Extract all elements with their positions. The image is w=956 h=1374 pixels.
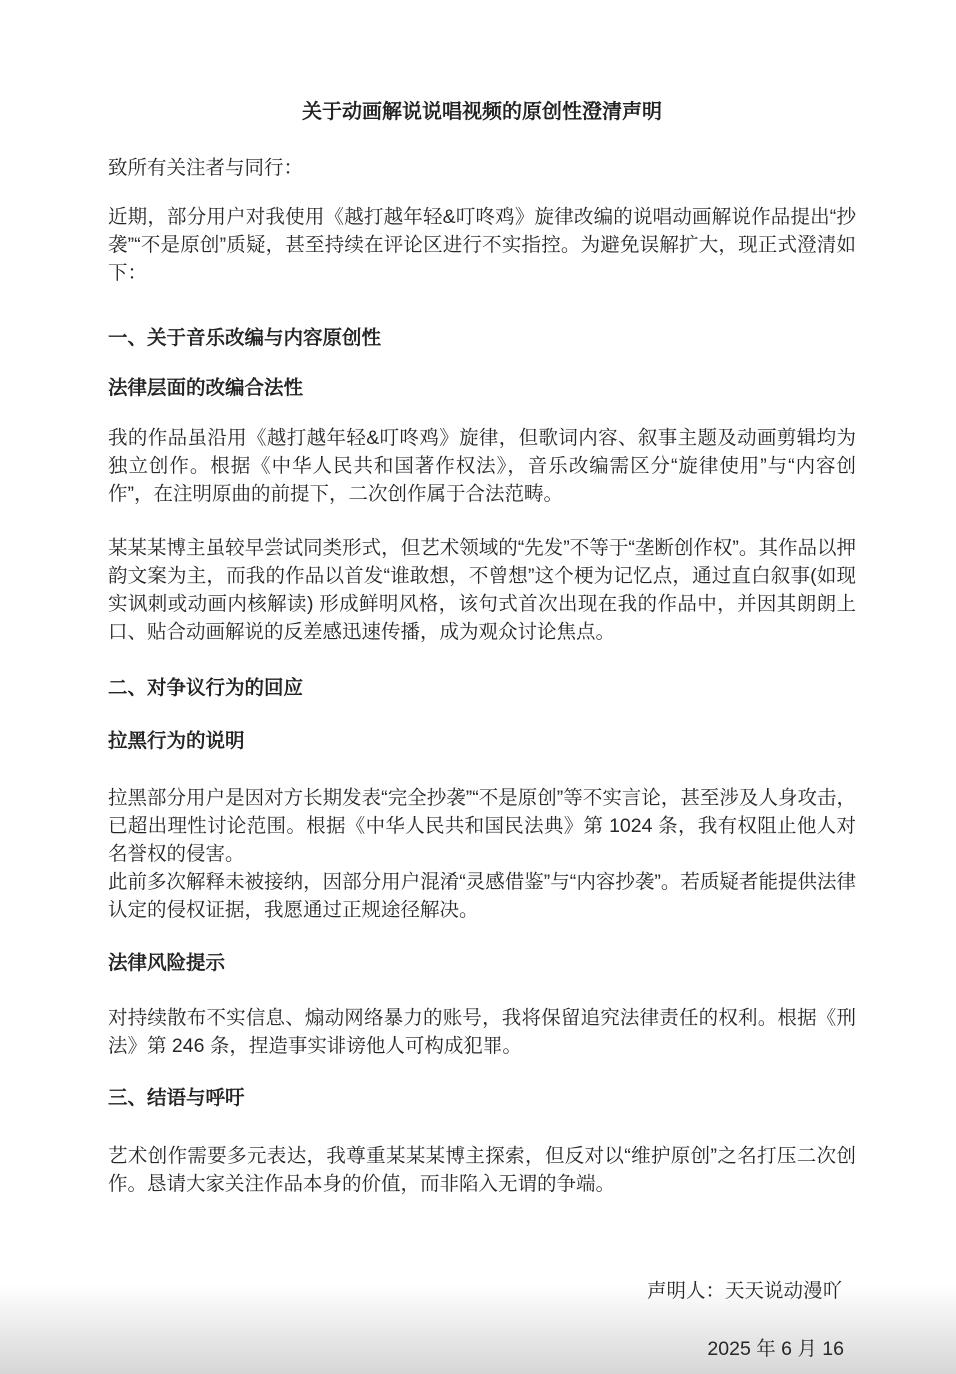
section-2-subheading-1: 拉黑行为的说明: [108, 727, 856, 755]
section-2-paragraph-1: 拉黑部分用户是因对方长期发表“完全抄袭”“不是原创”等不实言论，甚至涉及人身攻击…: [108, 784, 856, 924]
section-1-paragraph-2: 某某某博主虽较早尝试同类形式，但艺术领域的“先发”不等于“垄断创作权”。其作品以…: [108, 534, 856, 646]
intro-paragraph: 近期，部分用户对我使用《越打越年轻&叮咚鸡》旋律改编的说唱动画解说作品提出“抄袭…: [108, 203, 856, 287]
section-3-heading: 三、结语与呼吁: [108, 1084, 856, 1112]
section-1-subheading: 法律层面的改编合法性: [108, 374, 856, 402]
signer-name: 声明人：天天说动漫吖: [108, 1277, 856, 1305]
section-2-subheading-2: 法律风险提示: [108, 949, 856, 977]
document-title: 关于动画解说说唱视频的原创性澄清声明: [108, 98, 856, 126]
section-1-heading: 一、关于音乐改编与内容原创性: [108, 324, 856, 352]
section-2-paragraph-2: 对持续散布不实信息、煽动网络暴力的账号，我将保留追究法律责任的权利。根据《刑法》…: [108, 1004, 856, 1060]
section-2-heading: 二、对争议行为的回应: [108, 674, 856, 702]
statement-content: 关于动画解说说唱视频的原创性澄清声明 致所有关注者与同行： 近期，部分用户对我使…: [0, 0, 956, 1363]
statement-date: 2025 年 6 月 16: [108, 1335, 856, 1363]
salutation: 致所有关注者与同行：: [108, 154, 856, 182]
section-1-paragraph-1: 我的作品虽沿用《越打越年轻&叮咚鸡》旋律，但歌词内容、叙事主题及动画剪辑均为独立…: [108, 424, 856, 508]
statement-page: 关于动画解说说唱视频的原创性澄清声明 致所有关注者与同行： 近期，部分用户对我使…: [0, 0, 956, 1374]
section-3-paragraph-1: 艺术创作需要多元表达，我尊重某某某博主探索，但反对以“维护原创”之名打压二次创作…: [108, 1142, 856, 1198]
